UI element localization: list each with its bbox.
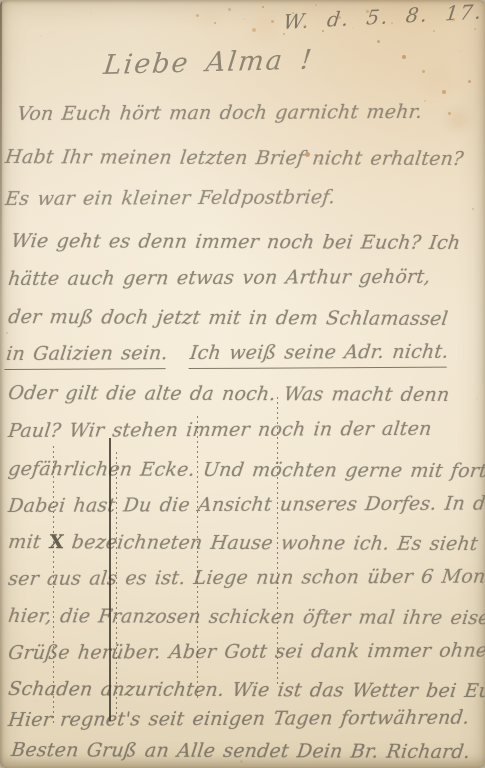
- letter-line: Von Euch hört man doch garnicht mehr.: [16, 101, 485, 125]
- letter-line-underlined: in Galizien sein. Ich weiß seine Adr. ni…: [5, 341, 484, 365]
- letter-line-fragment: bezeichneten Hause wohne ich. Es sieht b…: [62, 531, 485, 555]
- underlined-phrase: Ich weiß seine Adr. nicht.: [188, 341, 450, 369]
- letter-line: Es war ein kleiner Feldpostbrief.: [4, 186, 483, 210]
- letter-body: Von Euch hört man doch garnicht mehr. Ha…: [0, 0, 485, 768]
- letter-line: Oder gilt die alte da noch. Was macht de…: [7, 382, 485, 406]
- letter-signature-line: Besten Gruß an Alle sendet Dein Br. Rich…: [10, 739, 485, 763]
- letter-line: Schaden anzurichten. Wie ist das Wetter …: [7, 678, 485, 702]
- letter-line: Hier regnet's seit einigen Tagen fortwäh…: [7, 707, 485, 731]
- letter-line-with-x: mit X bezeichneten Hause wohne ich. Es s…: [7, 531, 485, 555]
- letter-line: Habt Ihr meinen letzten Brief nicht erha…: [4, 146, 483, 170]
- letter-line: Paul? Wir stehen immer noch in der alten: [7, 418, 485, 442]
- letter-line: der muß doch jetzt mit in dem Schlamasse…: [7, 306, 485, 330]
- letter-line: Grüße herüber. Aber Gott sei dank immer …: [7, 640, 485, 664]
- letter-line: Wie geht es denn immer noch bei Euch? Ic…: [10, 230, 485, 254]
- underlined-phrase: in Galizien sein.: [4, 342, 169, 370]
- letter-line-fragment: mit: [7, 531, 50, 553]
- postcard: W. d. 5. 8. 17. Liebe Alma ! Von Euch hö…: [0, 0, 485, 768]
- letter-line: gefährlichen Ecke. Und möchten gerne mit…: [7, 458, 485, 482]
- letter-line: hätte auch gern etwas von Arthur gehört,: [7, 266, 485, 290]
- letter-line: ser aus als es ist. Liege nun schon über…: [7, 566, 485, 590]
- letter-line: Dabei hast Du die Ansicht unseres Dorfes…: [7, 493, 485, 517]
- letter-line: hier, die Franzosen schicken öfter mal i…: [7, 605, 485, 629]
